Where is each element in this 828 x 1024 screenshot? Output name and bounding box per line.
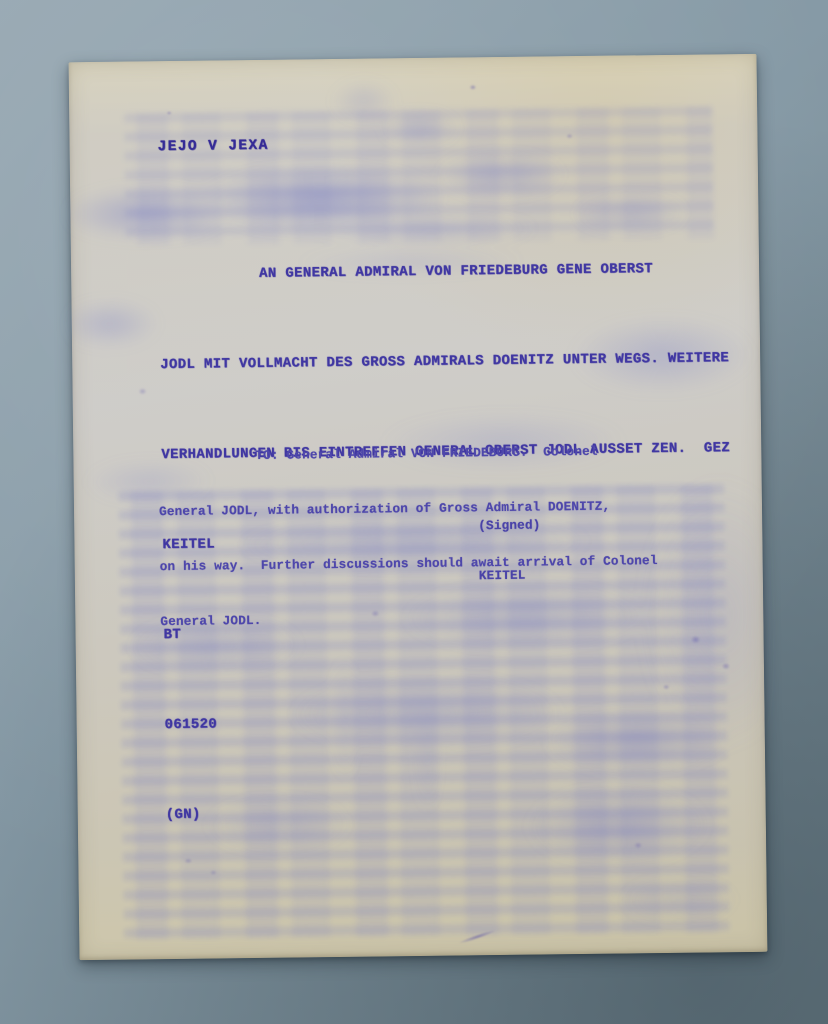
document-paper: JEJO V JEXA AN GENERAL ADMIRAL VON FRIED…	[69, 54, 768, 960]
signature-block: (Signed) KEITEL	[478, 485, 542, 618]
german-line-2: JODL MIT VOLLMACHT DES GROSS ADMIRALS DO…	[160, 343, 729, 380]
english-line-1: TO: General Admiral VON FRIEDEBURG. Colo…	[158, 442, 656, 466]
typed-message: JEJO V JEXA AN GENERAL ADMIRAL VON FRIED…	[69, 54, 768, 960]
signature-name: KEITEL	[479, 567, 541, 584]
message-routing-code: JEJO V JEXA	[157, 138, 268, 155]
operator-initials: (GN)	[166, 793, 735, 830]
date-time-group: 061520	[164, 703, 733, 740]
english-line-2: General JODL, with authorization of Gros…	[159, 497, 657, 521]
english-translation-block: TO: General Admiral VON FRIEDEBURG. Colo…	[158, 405, 659, 669]
english-line-3: on his way. Further discussions should a…	[160, 552, 658, 576]
signed-label: (Signed)	[478, 518, 540, 535]
english-line-4: General JODL.	[160, 608, 658, 632]
german-line-1: AN GENERAL ADMIRAL VON FRIEDEBURG GENE O…	[159, 253, 728, 290]
